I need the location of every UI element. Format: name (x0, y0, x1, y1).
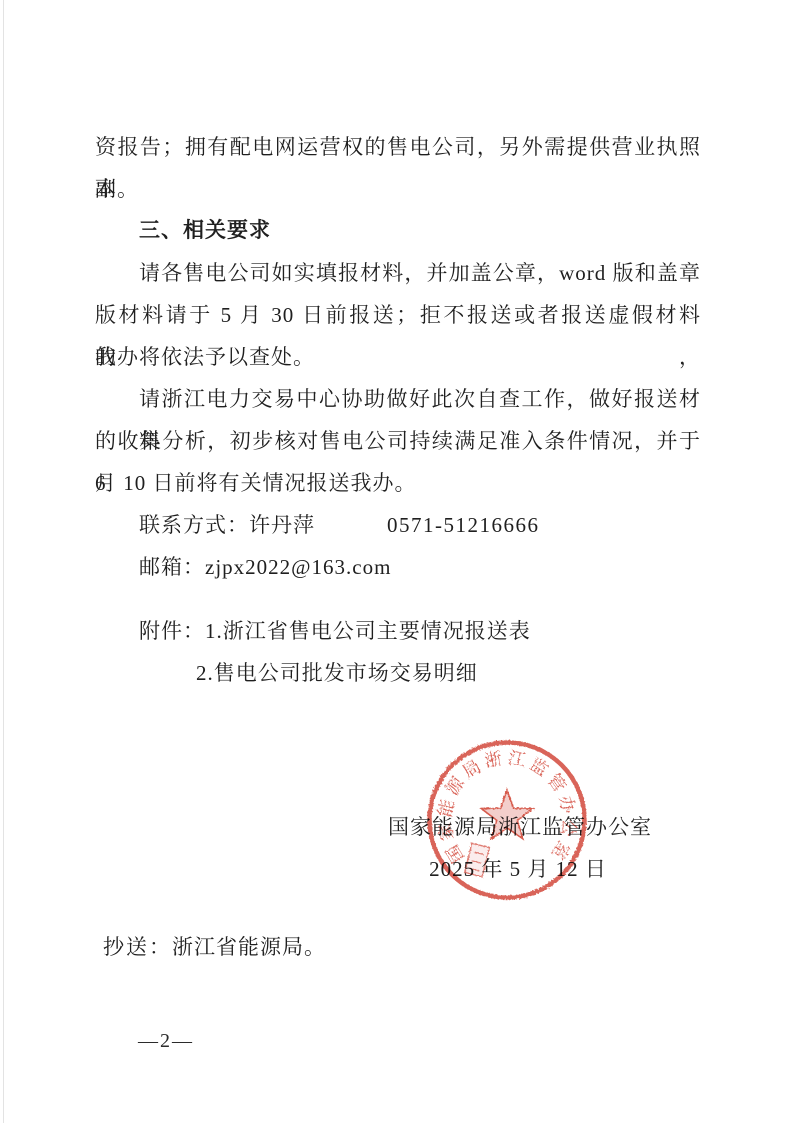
page-number: —2— (138, 1030, 194, 1053)
document-page: 资报告；拥有配电网运营权的售电公司，另外需提供营业执照副 本。 三、相关要求 请… (0, 0, 793, 1123)
body-line: 月 10 日前将有关情况报送我办。 (95, 462, 701, 504)
body-line: 的收集分析，初步核对售电公司持续满足准入条件情况，并于 6 (95, 420, 701, 462)
seal-inner-mark (465, 843, 490, 876)
scan-artifact-line (3, 0, 4, 1123)
seal-star-icon (481, 790, 532, 839)
contact-label: 联系方式： (139, 513, 249, 537)
section-heading: 三、相关要求 (95, 210, 701, 252)
contact-line: 联系方式：许丹萍0571-51216666 (95, 504, 701, 546)
body-line: 资报告；拥有配电网运营权的售电公司，另外需提供营业执照副 (95, 126, 701, 168)
body-line: 请浙江电力交易中心协助做好此次自查工作，做好报送材料 (95, 378, 701, 420)
official-seal: 国家能源局浙江监管办公室 (425, 738, 589, 902)
attachment-item-1: 1.浙江省售电公司主要情况报送表 (205, 619, 531, 643)
email-label: 邮箱： (139, 555, 205, 579)
attachment-line: 附件：1.浙江省售电公司主要情况报送表 (95, 610, 701, 652)
body-line: 本。 (95, 168, 701, 210)
email-value: zjpx2022@163.com (205, 555, 391, 579)
contact-name: 许丹萍 (249, 513, 315, 537)
cc-line: 抄送：浙江省能源局。 (103, 926, 603, 968)
body-line: 请各售电公司如实填报材料，并加盖公章，word 版和盖章 (95, 252, 701, 294)
attachments: 附件：1.浙江省售电公司主要情况报送表 2.售电公司批发市场交易明细 (95, 610, 701, 694)
body-text: 资报告；拥有配电网运营权的售电公司，另外需提供营业执照副 本。 三、相关要求 请… (95, 126, 701, 588)
email-line: 邮箱：zjpx2022@163.com (95, 546, 701, 588)
attachment-item-2: 2.售电公司批发市场交易明细 (95, 652, 701, 694)
body-line: 版材料请于 5 月 30 日前报送；拒不报送或者报送虚假材料的， (95, 294, 701, 336)
cc-value: 浙江省能源局。 (172, 935, 326, 959)
contact-phone: 0571-51216666 (387, 513, 540, 537)
attachments-label: 附件： (139, 619, 205, 643)
cc-label: 抄送： (103, 935, 172, 959)
